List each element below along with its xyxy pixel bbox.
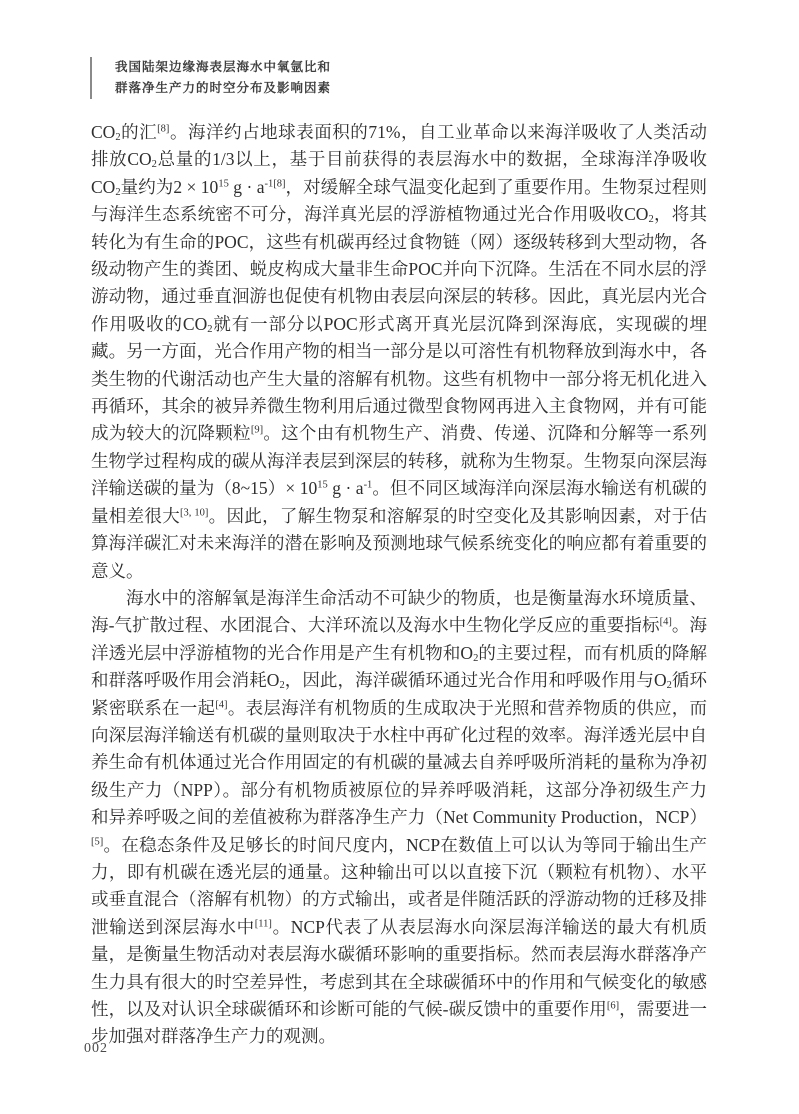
running-title-line2: 群落净生产力的时空分布及影响因素 (115, 78, 331, 99)
body-paragraph: 海水中的溶解氧是海洋生命活动不可缺少的物质，也是衡量海水环境质量、海-气扩散过程… (91, 585, 707, 1051)
page-number: 002 (84, 1041, 108, 1056)
superscript-reference: [4] (660, 617, 672, 628)
superscript-reference: -1 (364, 480, 373, 491)
running-title-line1: 我国陆架边缘海表层海水中氧氩比和 (115, 57, 331, 78)
body-text: CO2的汇[8]。海洋约占地球表面积的71%，自工业革命以来海洋吸收了人类活动排… (91, 119, 707, 1051)
header-vertical-rule (90, 57, 92, 99)
subscript: 2 (279, 680, 284, 691)
superscript-reference: [8] (273, 179, 285, 190)
superscript-reference: 15 (218, 179, 229, 190)
superscript-reference: [3, 10] (180, 507, 208, 518)
body-paragraph: CO2的汇[8]。海洋约占地球表面积的71%，自工业革命以来海洋吸收了人类活动排… (91, 119, 707, 585)
page-footer: 002 (84, 1041, 108, 1057)
superscript-reference: [6] (607, 1001, 619, 1012)
subscript: 2 (648, 214, 653, 225)
superscript-reference: [8] (157, 124, 169, 135)
subscript: 2 (207, 324, 212, 335)
subscript: 2 (152, 159, 157, 170)
running-title: 我国陆架边缘海表层海水中氧氩比和 群落净生产力的时空分布及影响因素 (115, 57, 331, 99)
superscript-reference: [9] (251, 425, 263, 436)
subscript: 2 (667, 680, 672, 691)
superscript-reference: [4] (215, 699, 227, 710)
superscript-reference: [11] (255, 918, 272, 929)
document-page: 我国陆架边缘海表层海水中氧氩比和 群落净生产力的时空分布及影响因素 CO2的汇[… (0, 0, 799, 1114)
superscript-reference: [5] (91, 836, 103, 847)
page-header: 我国陆架边缘海表层海水中氧氩比和 群落净生产力的时空分布及影响因素 (90, 57, 331, 99)
superscript-reference: 15 (317, 480, 328, 491)
subscript: 2 (115, 132, 120, 143)
subscript: 2 (115, 187, 120, 198)
subscript: 2 (473, 653, 478, 664)
superscript-reference: -1 (264, 179, 273, 190)
